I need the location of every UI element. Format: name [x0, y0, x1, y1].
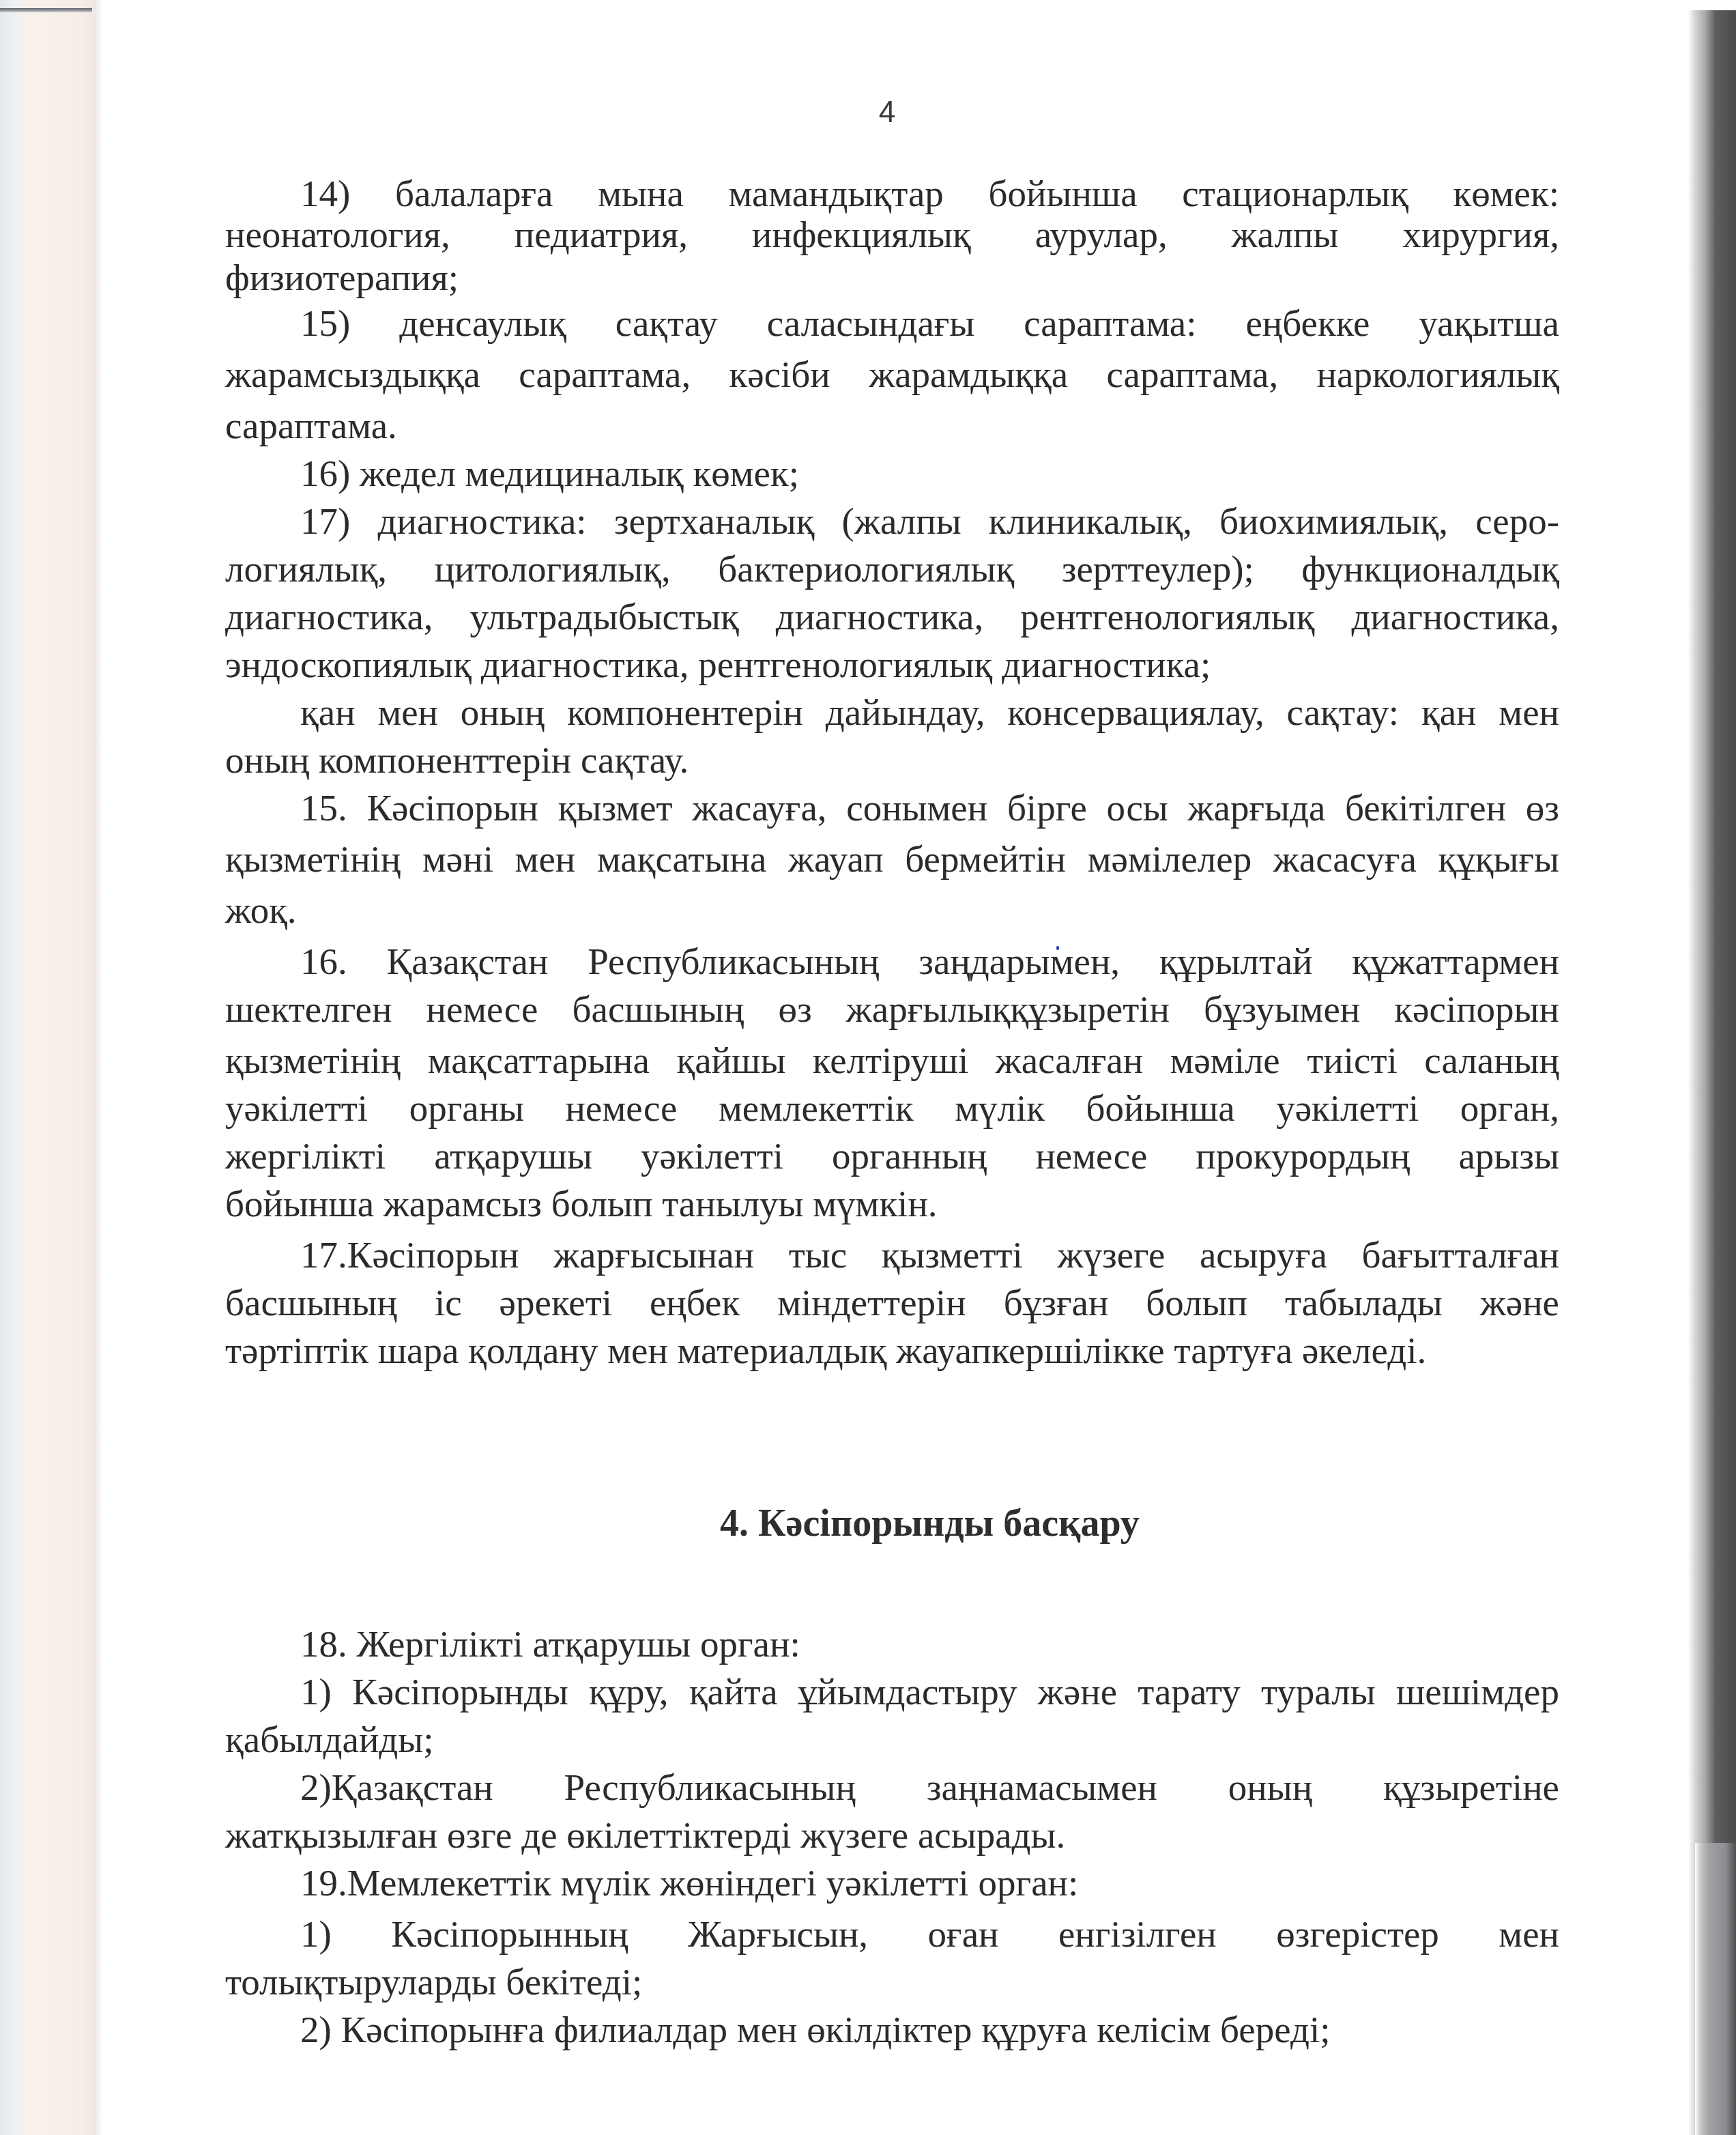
scan-left-edge-top-shadow: [0, 8, 92, 12]
text-line: 14) балаларға мына мамандықтар бойынша с…: [300, 172, 1559, 216]
text-line: 19.Мемлекеттік мүлік жөніндегі уәкілетті…: [300, 1861, 1559, 1905]
text-line: қызметінің мақсаттарына қайшы келтіруші …: [225, 1039, 1559, 1083]
text-line: физиотерапия;: [225, 256, 1559, 300]
text-line: бойынша жарамсыз болып танылуы мүмкін.: [225, 1182, 1559, 1226]
text-line: уәкілетті органы немесе мемлекеттік мүлі…: [225, 1087, 1559, 1130]
text-line: 15. Кәсіпорын қызмет жасауға, сонымен бі…: [300, 786, 1559, 830]
scan-left-edge-shadow: [0, 0, 102, 2135]
text-line: 18. Жергілікті атқарушы орган:: [300, 1622, 1559, 1666]
section-heading: 4. Кәсіпорынды басқару: [720, 1502, 1170, 1545]
text-line: 16. Қазақстан Республикасының заңдарымен…: [300, 940, 1559, 984]
scan-ink-speck: [1056, 946, 1059, 950]
page-number: 4: [873, 96, 901, 130]
text-line: жатқызылған өзге де өкілеттіктерді жүзег…: [225, 1814, 1559, 1857]
text-line: эндоскопиялық диагностика, рентгенология…: [225, 643, 1559, 687]
text-line: басшының іс әрекеті еңбек міндеттерін бұ…: [225, 1281, 1559, 1325]
text-line: 2) Кәсіпорынға филиалдар мен өкілдіктер …: [300, 2008, 1559, 2052]
text-line: 17) диагностика: зертханалық (жалпы клин…: [300, 500, 1559, 543]
text-line: қызметінің мәні мен мақсатына жауап берм…: [225, 837, 1559, 881]
text-line: диагностика, ультрадыбыстық диагностика,…: [225, 595, 1559, 639]
text-line: 1) Кәсіпорынды құру, қайта ұйымдастыру ж…: [300, 1670, 1559, 1714]
text-line: 17.Кәсіпорын жарғысынан тыс қызметті жүз…: [300, 1233, 1559, 1277]
scan-right-edge-shadow: [1688, 10, 1736, 2135]
text-line: 15) денсаулық сақтау саласындағы сарапта…: [300, 302, 1559, 345]
scan-right-edge-shadow-bottom: [1695, 1843, 1736, 2135]
text-line: неонатология, педиатрия, инфекциялық аур…: [225, 213, 1559, 257]
text-line: тәртіптік шара қолдану мен материалдық ж…: [225, 1329, 1559, 1373]
text-line: 2)Қазақстан Республикасының заңнамасымен…: [300, 1766, 1559, 1809]
text-line: қабылдайды;: [225, 1718, 1559, 1762]
text-line: логиялық, цитологиялық, бактериологиялық…: [225, 547, 1559, 591]
text-line: сараптама.: [225, 404, 1559, 448]
text-line: жоқ.: [225, 889, 1559, 932]
text-line: 16) жедел медициналық көмек;: [300, 452, 1559, 496]
text-line: толықтыруларды бекітеді;: [225, 1960, 1559, 2004]
text-line: қан мен оның компонентерін дайындау, кон…: [300, 691, 1559, 734]
text-line: оның компоненттерін сақтау.: [225, 739, 1559, 782]
text-line: 1) Кәсіпорынның Жарғысын, оған енгізілге…: [300, 1912, 1559, 1956]
text-line: шектелген немесе басшының өз жарғылыққұз…: [225, 988, 1559, 1031]
text-line: жарамсыздыққа сараптама, кәсіби жарамдық…: [225, 353, 1559, 397]
text-line: жергілікті атқарушы уәкілетті органның н…: [225, 1134, 1559, 1178]
